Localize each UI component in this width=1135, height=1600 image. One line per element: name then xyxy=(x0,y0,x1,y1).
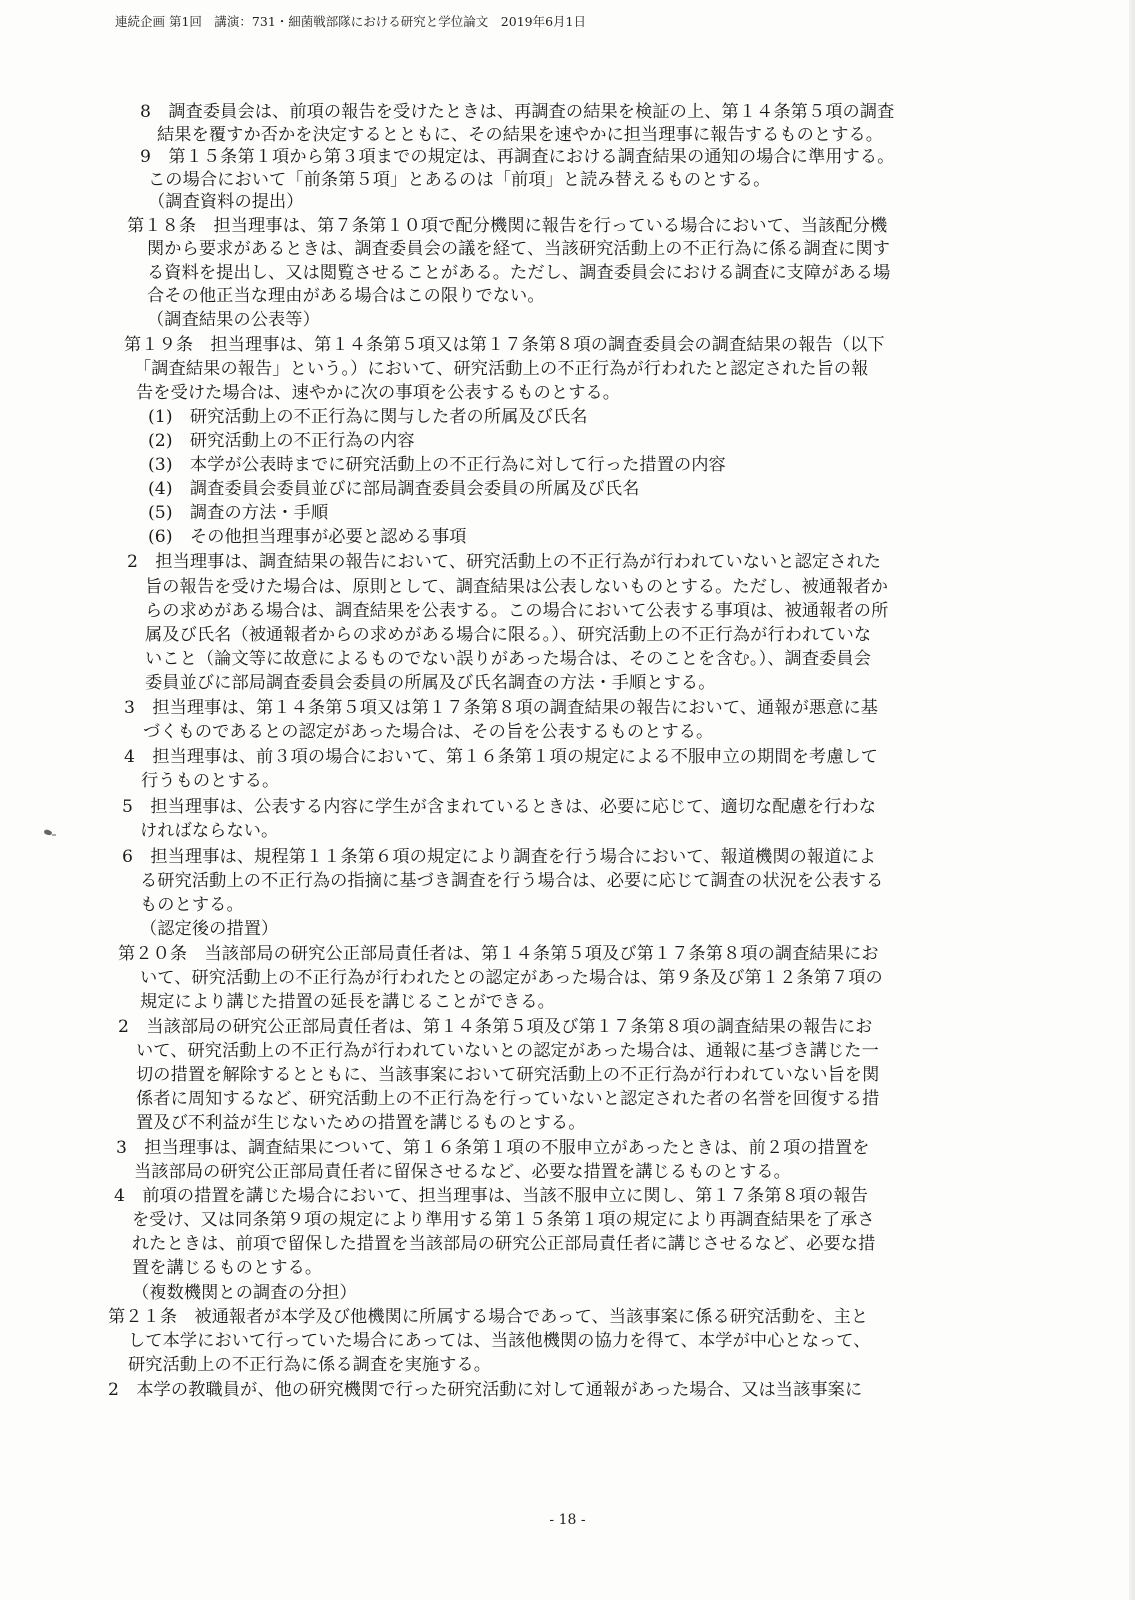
text-line: 結果を覆すか否かを決定するとともに、その結果を速やかに担当理事に報告するものとす… xyxy=(157,124,883,146)
text-line: 切の措置を解除するとともに、当該事案において研究活動上の不正行為が行われていない… xyxy=(136,1064,879,1086)
text-line: 告を受けた場合は、速やかに次の事項を公表するものとする。 xyxy=(136,382,620,404)
text-line: 行うものとする。 xyxy=(141,770,279,792)
text-line: を受け、又は同条第９項の規定により準用する第１５条第１項の規定により再調査結果を… xyxy=(132,1209,875,1231)
text-line: 3 担当理事は、調査結果について、第１６条第１項の不服申立があったときは、前２項… xyxy=(116,1137,870,1159)
text-line: （調査結果の公表等） xyxy=(147,309,320,331)
text-line: 4 担当理事は、前３項の場合において、第１６条第１項の規定による不服申立の期間を… xyxy=(124,746,878,768)
text-line: 属及び氏名（被通報者からの求めがある場合に限る。）、研究活動上の不正行為が行われ… xyxy=(145,624,871,646)
text-line: れたときは、前項で留保した措置を当該部局の研究公正部局責任者に講じさせるなど、必… xyxy=(132,1233,875,1255)
text-line: （複数機関との調査の分担） xyxy=(132,1282,357,1304)
text-line: いこと（論文等に故意によるものでない誤りがあった場合は、そのことを含む。）、調査… xyxy=(145,648,871,670)
text-line: らの求めがある場合は、調査結果を公表する。この場合において公表する事項は、被通報… xyxy=(145,600,888,622)
text-line: いて、研究活動上の不正行為が行われたとの認定があった場合は、第９条及び第１２条第… xyxy=(140,967,883,989)
text-line: 当該部局の研究公正部局責任者に留保させるなど、必要な措置を講じるものとする。 xyxy=(134,1161,791,1183)
text-line: 関から要求があるときは、調査委員会の議を経て、当該研究活動上の不正行為に係る調査… xyxy=(147,238,890,260)
text-line: 第１９条 担当理事は、第１４条第５項又は第１７条第８項の調査委員会の調査結果の報… xyxy=(124,334,885,356)
text-line: 第２０条 当該部局の研究公正部局責任者は、第１４条第５項及び第１７条第８項の調査… xyxy=(118,943,879,965)
text-line: る資料を提出し、又は閲覧させることがある。ただし、調査委員会における調査に支障が… xyxy=(147,262,890,284)
text-line: 置を講じるものとする。 xyxy=(132,1257,322,1279)
text-line: いて、研究活動上の不正行為が行われていないとの認定があった場合は、通報に基づき講… xyxy=(136,1040,879,1062)
text-line: ければならない。 xyxy=(140,820,278,842)
text-line: 9 第１５条第１項から第３項までの規定は、再調査における調査結果の通知の場合に準… xyxy=(140,146,894,168)
text-line: 8 調査委員会は、前項の報告を受けたときは、再調査の結果を検証の上、第１４条第５… xyxy=(140,101,894,123)
text-line: 合その他正当な理由がある場合はこの限りでない。 xyxy=(147,285,545,307)
text-line: づくものであるとの認定があった場合は、その旨を公表するものとする。 xyxy=(143,721,713,743)
running-header: 連続企画 第1回 講演：731・細菌戦部隊における研究と学位論文 2019年6月… xyxy=(115,12,586,30)
text-line: 旨の報告を受けた場合は、原則として、調査結果は公表しないものとする。ただし、被通… xyxy=(145,576,888,598)
text-line: して本学において行っていた場合にあっては、当該他機関の協力を得て、本学が中心とな… xyxy=(128,1330,871,1352)
text-line: 2 当該部局の研究公正部局責任者は、第１４条第５項及び第１７条第８項の調査結果の… xyxy=(118,1016,872,1038)
text-line: 「調査結果の報告」という。）において、研究活動上の不正行為が行われたと認定された… xyxy=(134,358,868,380)
page-number: - 18 - xyxy=(0,1512,1135,1528)
text-line: (5) 調査の方法・手順 xyxy=(148,502,328,524)
text-line: (2) 研究活動上の不正行為の内容 xyxy=(148,430,415,452)
text-line: （認定後の措置） xyxy=(140,918,278,940)
text-line: (6) その他担当理事が必要と認める事項 xyxy=(148,526,467,548)
text-line: ものとする。 xyxy=(140,894,244,916)
text-line: (1) 研究活動上の不正行為に関与した者の所属及び氏名 xyxy=(148,406,588,428)
text-line: (4) 調査委員会委員並びに部局調査委員会委員の所属及び氏名 xyxy=(148,478,639,500)
text-line: 5 担当理事は、公表する内容に学生が含まれているときは、必要に応じて、適切な配慮… xyxy=(122,796,876,818)
text-line: 2 担当理事は、調査結果の報告において、研究活動上の不正行為が行われていないと認… xyxy=(127,551,881,573)
text-line: この場合において「前条第５項」とあるのは「前項」と読み替えるものとする。 xyxy=(148,169,770,191)
text-line: 係者に周知するなど、研究活動上の不正行為を行っていないと認定された者の名誉を回復… xyxy=(136,1088,879,1110)
text-line: 第２１条 被通報者が本学及び他機関に所属する場合であって、当該事案に係る研究活動… xyxy=(108,1306,868,1328)
scanned-page-edge xyxy=(1129,0,1135,1600)
text-line: 6 担当理事は、規程第１１条第６項の規定により調査を行う場合において、報道機関の… xyxy=(122,846,876,868)
text-line: る研究活動上の不正行為の指摘に基づき調査を行う場合は、必要に応じて調査の状況を公… xyxy=(140,870,883,892)
text-line: 4 前項の措置を講じた場合において、担当理事は、当該不服申立に関し、第１７条第８… xyxy=(114,1185,868,1207)
text-line: 規定により講じた措置の延長を講じることができる。 xyxy=(140,991,555,1013)
text-line: 置及び不利益が生じないための措置を講じるものとする。 xyxy=(136,1112,585,1134)
text-line: （調査資料の提出） xyxy=(148,191,304,213)
text-line: 委員並びに部局調査委員会委員の所属及び氏名調査の方法・手順とする。 xyxy=(145,672,716,694)
text-line: 2 本学の教職員が、他の研究機関で行った研究活動に対して通報があった場合、又は当… xyxy=(108,1379,862,1401)
scan-speck xyxy=(52,834,56,836)
text-line: 3 担当理事は、第１４条第５項又は第１７条第８項の調査結果の報告において、通報が… xyxy=(124,697,878,719)
text-line: 第１８条 担当理事は、第７条第１０項で配分機関に報告を行っている場合において、当… xyxy=(127,215,887,237)
text-line: 研究活動上の不正行為に係る調査を実施する。 xyxy=(128,1354,491,1376)
text-line: (3) 本学が公表時までに研究活動上の不正行為に対して行った措置の内容 xyxy=(148,454,726,476)
